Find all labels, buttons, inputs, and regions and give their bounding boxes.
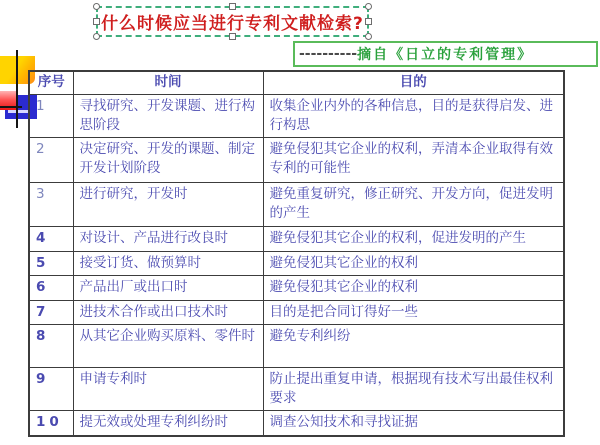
cell-purpose: 避免侵犯其它企业的权利，弄清本企业取得有效专利的可能性: [263, 137, 564, 182]
cell-purpose: 避免专利纠纷: [263, 324, 564, 367]
cell-purpose: 避免重复研究，修正研究、开发方向，促进发明的产生: [263, 182, 564, 226]
selection-handle-bottom-middle[interactable]: [229, 33, 236, 40]
table-row: 7 进技术合作或出口技术时 目的是把合同订得好一些: [29, 300, 564, 324]
selection-handle-top-left[interactable]: [93, 3, 100, 10]
patent-search-table: 序号 时间 目的 1 寻找研究、开发课题、进行构思阶段 收集企业内外的各种信息，…: [28, 70, 565, 437]
header-time: 时间: [73, 71, 263, 94]
cell-purpose: 调查公知技术和寻找证据: [263, 410, 564, 436]
cell-time: 从其它企业购买原料、零件时: [73, 324, 263, 367]
cell-no: 9: [29, 367, 73, 410]
cell-purpose: 避免侵犯其它企业的权利: [263, 275, 564, 300]
selection-handle-bottom-right[interactable]: [365, 33, 372, 40]
selection-handle-bottom-left[interactable]: [93, 33, 100, 40]
cell-no: 4: [29, 226, 73, 251]
cell-purpose: 避免侵犯其它企业的权利，促进发明的产生: [263, 226, 564, 251]
table-header-row: 序号 时间 目的: [29, 71, 564, 94]
corner-vertical-rule: [16, 50, 18, 128]
slide-canvas: { "slide": { "title": "什么时候应当进行专利文献检索?",…: [0, 0, 600, 445]
table-row: 8 从其它企业购买原料、零件时 避免专利纠纷: [29, 324, 564, 367]
cell-no: 5: [29, 251, 73, 275]
cell-time: 对设计、产品进行改良时: [73, 226, 263, 251]
cell-no: 6: [29, 275, 73, 300]
selection-handle-top-middle[interactable]: [229, 3, 236, 10]
citation-box[interactable]: ----------摘自《日立的专利管理》: [293, 41, 598, 67]
corner-horizontal-rule: [0, 106, 22, 108]
cell-purpose: 防止提出重复申请，根据现有技术写出最佳权利要求: [263, 367, 564, 410]
cell-purpose: 目的是把合同订得好一些: [263, 300, 564, 324]
cell-no: 7: [29, 300, 73, 324]
cell-no: 3: [29, 182, 73, 226]
cell-time: 产品出厂或出口时: [73, 275, 263, 300]
table-row: 1 寻找研究、开发课题、进行构思阶段 收集企业内外的各种信息，目的是获得启发、进…: [29, 94, 564, 137]
cell-time: 接受订货、做预算时: [73, 251, 263, 275]
cell-no: 8: [29, 324, 73, 367]
citation-text: 摘自《日立的专利管理》: [357, 44, 533, 64]
cell-time: 进行研究，开发时: [73, 182, 263, 226]
cell-time: 进技术合作或出口技术时: [73, 300, 263, 324]
cell-time: 提无效或处理专利纠纷时: [73, 410, 263, 436]
slide-title: 什么时候应当进行专利文献检索?: [101, 9, 364, 34]
cell-purpose: 收集企业内外的各种信息，目的是获得启发、进行构思: [263, 94, 564, 137]
cell-no: 1: [29, 94, 73, 137]
cell-time: 决定研究、开发的课题、制定开发计划阶段: [73, 137, 263, 182]
table-row: 4 对设计、产品进行改良时 避免侵犯其它企业的权利，促进发明的产生: [29, 226, 564, 251]
table-row: 9 申请专利时 防止提出重复申请，根据现有技术写出最佳权利要求: [29, 367, 564, 410]
table-row: 3 进行研究，开发时 避免重复研究，修正研究、开发方向，促进发明的产生: [29, 182, 564, 226]
citation-dashes: ----------: [299, 46, 357, 62]
header-seq: 序号: [29, 71, 73, 94]
table-row: 10 提无效或处理专利纠纷时 调查公知技术和寻找证据: [29, 410, 564, 436]
cell-time: 寻找研究、开发课题、进行构思阶段: [73, 94, 263, 137]
cell-no: 2: [29, 137, 73, 182]
table-row: 5 接受订货、做预算时 避免侵犯其它企业的权利: [29, 251, 564, 275]
selection-handle-middle-right[interactable]: [365, 18, 372, 25]
cell-no: 10: [29, 410, 73, 436]
selection-handle-middle-left[interactable]: [93, 18, 100, 25]
cell-time: 申请专利时: [73, 367, 263, 410]
cell-purpose: 避免侵犯其它企业的权利: [263, 251, 564, 275]
header-purpose: 目的: [263, 71, 564, 94]
table-row: 6 产品出厂或出口时 避免侵犯其它企业的权利: [29, 275, 564, 300]
selection-handle-top-right[interactable]: [365, 3, 372, 10]
table-row: 2 决定研究、开发的课题、制定开发计划阶段 避免侵犯其它企业的权利，弄清本企业取…: [29, 137, 564, 182]
corner-highlight-strip: [8, 110, 28, 113]
